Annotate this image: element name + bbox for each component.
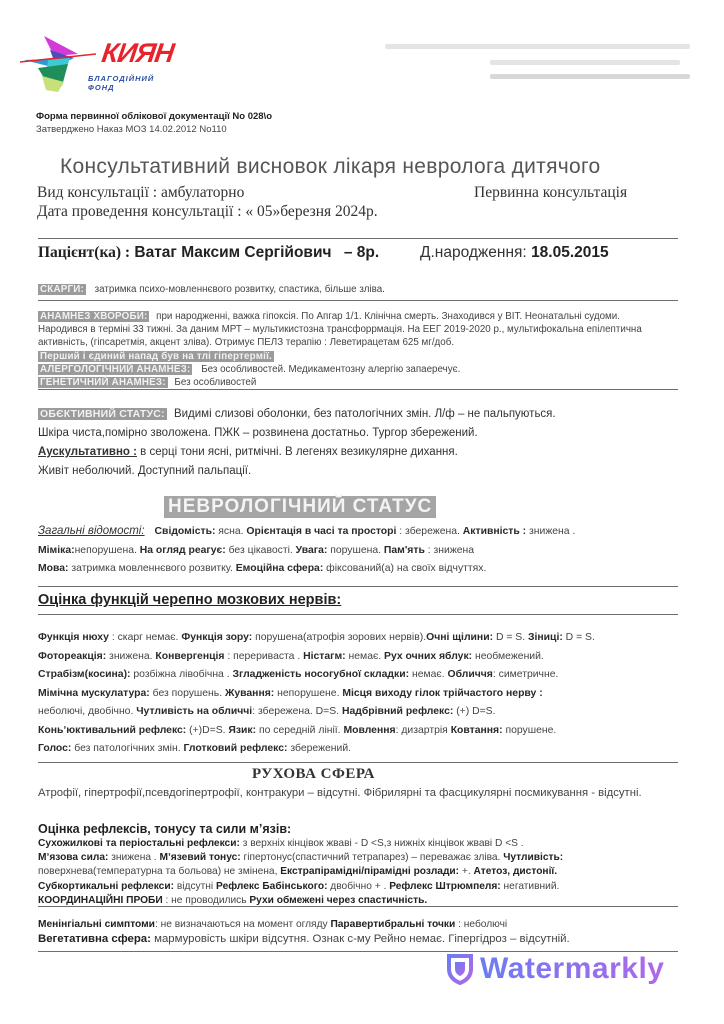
vegetative-section: Вегетативна сфера: мармуровість шкіри ві… <box>38 933 570 945</box>
field-value: необмежений. <box>472 651 544 662</box>
field-value: гіпертонус(спастичний тетрапарез) – пере… <box>241 852 504 863</box>
field-label: Конвергенція <box>155 651 224 662</box>
neuro-status-heading: НЕВРОЛОГІЧНИЙ СТАТУС <box>164 496 436 518</box>
charity-fund-logo: КИЯН БЛАГОДІЙНИЙ ФОНД <box>18 32 178 92</box>
allergy-anamnesis-text: Без особливостей. Медикаментозну алергію… <box>201 364 460 375</box>
divider <box>38 238 678 239</box>
meningeal-section: Менінгіальні симптоми: не визначаються н… <box>38 918 688 932</box>
general-info-section: Загальні відомості:Свідомість: ясна. Орі… <box>38 522 688 579</box>
approved-order: Затверджено Наказ МОЗ 14.02.2012 No110 <box>36 124 227 135</box>
field-value: : збережена. D=S. <box>252 706 342 717</box>
cranial-row: Голос: без патологічних змін. Глотковий … <box>38 740 688 759</box>
motor-sphere-text: Атрофії, гіпертрофії,псевдогіпертрофії, … <box>38 785 678 802</box>
cranial-row: Коньʼюктивальний рефлекс: (+)D=S. Язик: … <box>38 722 688 741</box>
motor-sphere-heading: РУХОВА СФЕРА <box>252 766 375 783</box>
auscultation-text: в серці тони ясні, ритмічні. В легенях в… <box>137 446 458 458</box>
field-label: Чутливість на обличчі <box>136 706 252 717</box>
field-label: Згладженість носогубної складки: <box>233 669 410 680</box>
divider <box>38 906 678 907</box>
objective-status-label: ОБЄКТИВНИЙ СТАТУС: <box>38 408 167 420</box>
dob-label: Д.народження: <box>420 244 527 261</box>
field-value: : скарг немає. <box>109 632 181 643</box>
field-value: непорушена. <box>75 545 140 556</box>
patient-name: Ватаг Максим Сергійович <box>134 244 331 261</box>
motor-row: поверхнева(температурна та больова) не з… <box>38 865 688 879</box>
field-value: без порушень. <box>150 688 225 699</box>
field-value: непорушене. <box>274 688 342 699</box>
field-label: Страбізм(косина): <box>38 669 131 680</box>
divider <box>38 586 678 587</box>
form-number: Форма первинної облікової документації N… <box>36 111 272 122</box>
motor-row: Субкортикальні рефлекси: відсутні Рефлек… <box>38 880 688 894</box>
field-value: неболючі, двобічно. <box>38 706 136 717</box>
field-label: Орієнтація в часі та просторі <box>246 526 396 537</box>
field-value: знижена . <box>526 526 575 537</box>
field-label: Паравертибральні точки <box>330 919 455 930</box>
motor-row: Мʼязова сила: знижена . Мʼязевий тонус: … <box>38 851 688 865</box>
logo-subtitle: БЛАГОДІЙНИЙ ФОНД <box>88 74 178 92</box>
field-label: Сухожилкові та періостальні рефлекси: <box>38 838 240 849</box>
reflex-section: Сухожилкові та періостальні рефлекси: з … <box>38 837 688 908</box>
field-value: : дизартрія <box>396 725 451 736</box>
cranial-nerves-section: Функція нюху : скарг немає. Функція зору… <box>38 629 688 759</box>
field-value: : не проводились <box>163 895 250 906</box>
field-label: КООРДИНАЦІЙНІ ПРОБИ <box>38 895 163 906</box>
cranial-row: Страбізм(косина): розбіжна лівобічна . З… <box>38 666 688 685</box>
field-label: Мʼязевий тонус: <box>159 852 240 863</box>
first-seizure-note: Перший і єдиний напад був на тлі гіперте… <box>38 351 274 362</box>
field-label: Рухи обмежені через спастичність. <box>249 895 427 906</box>
anamnesis-section: АНАМНЕЗ ХВОРОБИ: при народженні, важка г… <box>38 310 668 389</box>
document-title: Консультативний висновок лікаря невролог… <box>60 155 600 179</box>
field-value: D = S. <box>563 632 595 643</box>
objective-status-section: ОБЄКТИВНИЙ СТАТУС: Видимі слизові оболон… <box>38 405 678 481</box>
field-label: Функція зору: <box>181 632 252 643</box>
field-label: Пам'ять <box>384 545 425 556</box>
field-label: Обличчя <box>447 669 492 680</box>
field-value: поверхнева(температурна та больова) не з… <box>38 866 280 877</box>
field-label: На огляд реагує: <box>140 545 226 556</box>
field-value: порушена. <box>327 545 384 556</box>
dob-value: 18.05.2015 <box>531 244 609 261</box>
field-value: немає. <box>346 651 384 662</box>
neuro-row: Загальні відомості:Свідомість: ясна. Орі… <box>38 522 688 542</box>
auscultation-label: Аускультативно : <box>38 446 137 458</box>
divider <box>38 762 678 763</box>
field-value: : збережена. <box>396 526 462 537</box>
watermark-text: Watermarkly <box>480 952 664 986</box>
field-label: Ковтання: <box>451 725 503 736</box>
field-label: Язик: <box>228 725 256 736</box>
field-label: Жування: <box>225 688 274 699</box>
genetic-anamnesis-text: Без особливостей <box>174 377 256 388</box>
date-of-birth: Д.народження: 18.05.2015 <box>420 244 609 262</box>
field-value: : знижена <box>425 545 474 556</box>
field-value: +. <box>459 866 473 877</box>
vegetative-text: мармуровість шкіри відсутня. Ознак с-му … <box>151 933 570 945</box>
watermark: Watermarkly <box>446 952 664 986</box>
neuro-row: Міміка:непорушена. На огляд реагує: без … <box>38 542 688 561</box>
field-value: : неболючі <box>455 919 507 930</box>
field-value: по середній лінії. <box>256 725 343 736</box>
field-value: відсутні <box>174 881 216 892</box>
field-label: Чутливість: <box>503 852 563 863</box>
complaints-label: СКАРГИ: <box>38 284 86 295</box>
field-label: Субкортикальні рефлекси: <box>38 881 174 892</box>
field-value: без цікавості. <box>226 545 296 556</box>
cranial-row: Мімічна мускулатура: без порушень. Жуван… <box>38 685 688 704</box>
field-label: Емоційна сфера: <box>236 563 324 574</box>
field-label: Мова: <box>38 563 69 574</box>
vegetative-label: Вегетативна сфера: <box>38 933 151 945</box>
field-label: Місця виходу гілок трійчастого нерву : <box>342 688 542 699</box>
field-label: Рефлекс Бабінського: <box>216 881 327 892</box>
field-label: Свідомість: <box>155 526 216 537</box>
field-label: Глотковий рефлекс: <box>184 743 288 754</box>
field-value: немає. <box>409 669 447 680</box>
consultation-kind: Первинна консультація <box>474 184 627 202</box>
cranial-row: неболючі, двобічно. Чутливість на обличч… <box>38 703 688 722</box>
field-label: Фотореакція: <box>38 651 106 662</box>
field-label: Екстрапірамідні/пірамідні розлади: <box>280 866 459 877</box>
divider <box>38 389 678 390</box>
field-value: знижена. <box>106 651 155 662</box>
neuro-row: Мова: затримка мовленнєвого розвитку. Ем… <box>38 560 688 579</box>
field-value: збережений. <box>287 743 351 754</box>
field-label: Атетоз, дистонії. <box>474 866 558 877</box>
patient-age: – 8р. <box>344 244 379 261</box>
divider <box>38 300 678 301</box>
objective-line-4: Живіт неболючий. Доступний пальпації. <box>38 465 251 477</box>
patient-info: Пацієнт(ка) : Ватаг Максим Сергійович – … <box>38 244 379 262</box>
field-label: Рефлекс Штрюмпеля: <box>389 881 501 892</box>
general-info-label: Загальні відомості: <box>38 525 145 537</box>
field-label: Надбрівний рефлекс: <box>342 706 453 717</box>
complaints-section: СКАРГИ: затримка психо-мовленнєвого розв… <box>38 283 385 296</box>
field-value: : симетричне. <box>493 669 559 680</box>
field-label: Рух очних яблук: <box>384 651 472 662</box>
consultation-type: Вид консультації : амбулаторно <box>37 184 244 202</box>
field-value: знижена . <box>108 852 159 863</box>
field-value: порушене. <box>503 725 557 736</box>
logo-wordmark: КИЯН <box>100 38 176 69</box>
objective-line-1: Видимі слизові оболонки, без патологічни… <box>174 408 556 420</box>
field-label: Мовлення <box>343 725 395 736</box>
disease-anamnesis-label: АНАМНЕЗ ХВОРОБИ: <box>38 311 149 322</box>
meningeal-row: Менінгіальні симптоми: не визначаються н… <box>38 918 688 932</box>
field-label: Увага: <box>296 545 328 556</box>
allergy-anamnesis-label: АЛЕРГОЛОГІЧНИЙ АНАМНЕЗ: <box>38 364 192 375</box>
objective-line-2: Шкіра чиста,помірно зволожена. ПЖК – роз… <box>38 427 478 439</box>
field-value: : перериваста . <box>224 651 303 662</box>
field-value: негативний. <box>501 881 560 892</box>
patient-label: Пацієнт(ка) : <box>38 244 130 261</box>
field-value: порушена(атрофія зорових нервів). <box>252 632 426 643</box>
field-value: фіксований(а) на своїх відчуттях. <box>323 563 486 574</box>
field-label: Коньʼюктивальний рефлекс: <box>38 725 186 736</box>
cranial-row: Функція нюху : скарг немає. Функція зору… <box>38 629 688 648</box>
genetic-anamnesis-label: ГЕНЕТИЧНИЙ АНАМНЕЗ: <box>38 377 168 388</box>
field-value: з верхніх кінцівок жваві - D <S,з нижніх… <box>240 838 524 849</box>
reflex-assessment-heading: Оцінка рефлексів, тонусу та сили мʼязів: <box>38 822 291 836</box>
consultation-date: Дата проведення консультації : « 05»бере… <box>37 203 378 221</box>
field-label: Мʼязова сила: <box>38 852 108 863</box>
divider <box>38 614 678 615</box>
field-value: D = S. <box>493 632 528 643</box>
field-label: Функція нюху <box>38 632 109 643</box>
motor-row: Сухожилкові та періостальні рефлекси: з … <box>38 837 688 851</box>
cranial-nerves-heading: Оцінка функцій черепно мозкових нервів: <box>38 592 341 608</box>
field-label: Очні щілини: <box>426 632 493 643</box>
field-label: Ністагм: <box>303 651 346 662</box>
field-value: розбіжна лівобічна . <box>131 669 233 680</box>
field-value: ясна. <box>215 526 246 537</box>
cranial-row: Фотореакція: знижена. Конвергенція : пер… <box>38 648 688 667</box>
complaints-text: затримка психо-мовленнєвого розвитку, сп… <box>95 284 385 295</box>
field-value: (+) D=S. <box>453 706 495 717</box>
field-label: Мімічна мускулатура: <box>38 688 150 699</box>
field-value: (+)D=S. <box>186 725 228 736</box>
field-value: : не визначаються на момент огляду <box>155 919 331 930</box>
field-label: Міміка: <box>38 545 75 556</box>
shield-icon <box>446 953 474 985</box>
field-label: Голос: <box>38 743 71 754</box>
field-label: Активність : <box>463 526 526 537</box>
field-value: двобічно + . <box>327 881 389 892</box>
field-value: без патологічних змін. <box>71 743 183 754</box>
field-label: Зіниці: <box>528 632 563 643</box>
field-value: затримка мовленнєвого розвитку. <box>69 563 236 574</box>
field-label: Менінгіальні симптоми <box>38 919 155 930</box>
